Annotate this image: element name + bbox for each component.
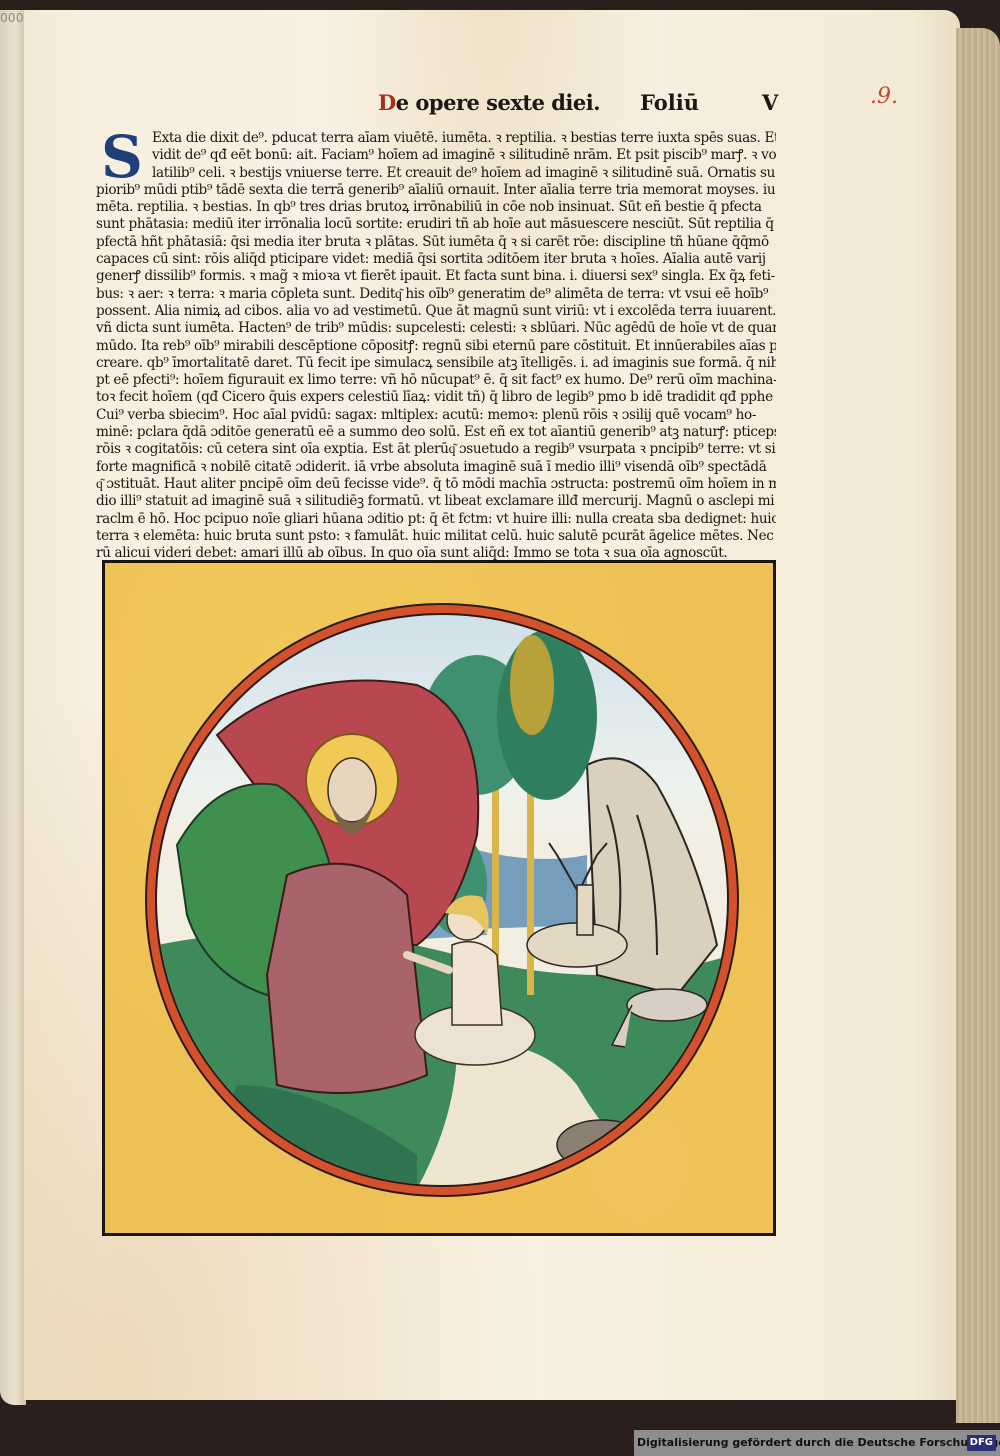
- text-line: raclm ē hō. Hoc pcipuo noīe gl̄iari hūan…: [96, 511, 776, 528]
- text-line: terra ꝛ elemēta: huic bruta sunt psto: ꝛ…: [96, 528, 776, 545]
- text-line: toꝛ fecit hoīem (qđ Cicero q̄uis expers …: [96, 389, 776, 406]
- text-line: pfectā hñt phātasiā: q̄si media iter bru…: [96, 234, 776, 251]
- credit-text: Digitalisierung gefördert durch die Deut…: [637, 1436, 1000, 1449]
- text-line: sunt phātasia: mediū iter irrōnalia locū…: [96, 216, 776, 233]
- text-line: vidit de⁹ qđ eēt bonū: ait. Faciam⁹ hoīe…: [96, 147, 776, 164]
- text-line: capaces cū sint: rōis aliq̄d pticipare v…: [96, 251, 776, 268]
- folio-number: V: [762, 90, 778, 115]
- digitization-credit: Digitalisierung gefördert durch die Deut…: [634, 1430, 1000, 1456]
- text-line: Cui⁹ verba sbiecim⁹. Hoc aīal pvidū: sag…: [96, 407, 776, 424]
- dfg-logo: DFG: [967, 1435, 996, 1451]
- text-line: dio illi⁹ statuit ad imaginē suā ꝛ silit…: [96, 493, 776, 510]
- body-text: S Exta die dixit de⁹. pducat terra aīam …: [96, 130, 776, 562]
- previous-leaf-edge: [0, 10, 26, 1405]
- manuscript-foliation: .9.: [870, 84, 898, 109]
- text-line: minē: pclara q̄dā ɔditōe generatū eē a s…: [96, 424, 776, 441]
- folio-label: Foliū: [640, 90, 699, 115]
- text-line: vñ dicta sunt iumēta. Hacten⁹ de trib⁹ m…: [96, 320, 776, 337]
- text-line: Exta die dixit de⁹. pducat terra aīam vi…: [96, 130, 776, 147]
- creation-of-adam-scene: [155, 613, 729, 1187]
- text-line: pt eē pfecti⁹: hoīem figurauit ex limo t…: [96, 372, 776, 389]
- text-line: possent. Alia nimiꝝ ad cibos. alia vo ad…: [96, 303, 776, 320]
- scene-drawing: [157, 615, 729, 1187]
- text-line: bus: ꝛ aer: ꝛ terra: ꝛ maria cōpleta sun…: [96, 286, 776, 303]
- text-line: latilib⁹ celi. ꝛ bestijs vniuerse terre.…: [96, 165, 776, 182]
- running-title-text: e opere sexte diei.: [396, 90, 600, 115]
- text-line: creare. qb⁹ īmortalitatē daret. Tū fecit…: [96, 355, 776, 372]
- running-title: De opere sexte diei.: [378, 90, 600, 115]
- woodcut-illustration: [102, 560, 776, 1236]
- decorated-initial: S: [96, 132, 148, 182]
- text-line: piorib⁹ mūdi ptib⁹ tādē sexta die terrā …: [96, 182, 776, 199]
- page-header: De opere sexte diei. Foliū V .9.: [378, 90, 898, 124]
- text-line: mēta. reptilia. ꝛ bestias. In qb⁹ tres d…: [96, 199, 776, 216]
- running-title-initial: D: [378, 90, 396, 115]
- text-line: forte magnificā ꝛ nobilē citatē ɔdiderit…: [96, 459, 776, 476]
- text-line: mūdo. Ita reb⁹ oīb⁹ mirabili descēptione…: [96, 338, 776, 355]
- text-line: q͂ ɔstituāt. Haut aliter pncipē oīm deū …: [96, 476, 776, 493]
- text-line: rōis ꝛ cogitatōis: cū cetera sint oīa ex…: [96, 441, 776, 458]
- text-line: generꝭ dissilib⁹ formis. ꝛ mag̃ ꝛ mioꝛa …: [96, 268, 776, 285]
- page-block-fore-edge: [956, 28, 1000, 1423]
